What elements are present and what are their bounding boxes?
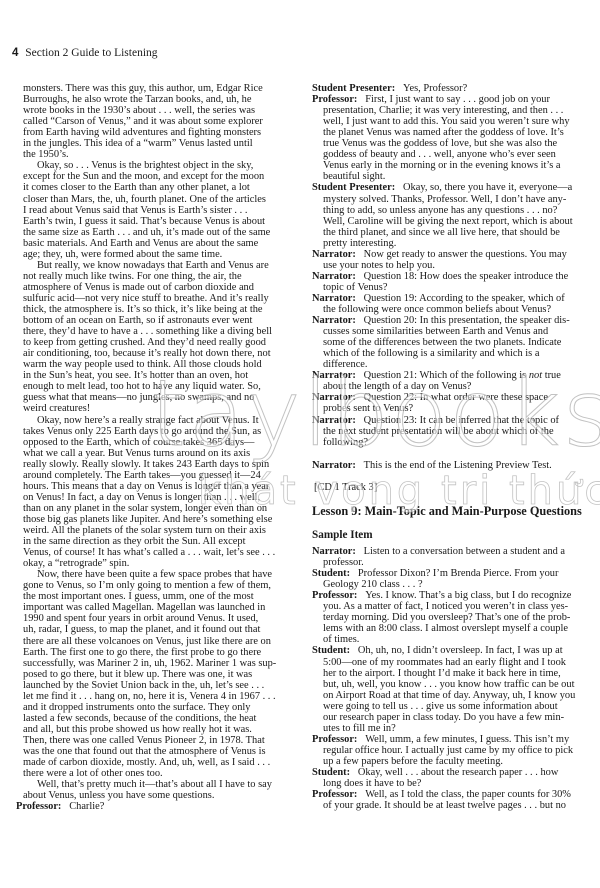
line-text: the next student presentation will be ab… xyxy=(323,426,554,437)
speaker-label: Professor: xyxy=(312,789,357,800)
line-text: the following were once common beliefs a… xyxy=(323,304,551,315)
line-text: terday morning. Did you oversleep? That’… xyxy=(323,612,570,623)
turn-text: Oh, uh, no, I didn’t oversleep. In fact,… xyxy=(350,645,562,656)
turn-continuation-line: but, uh, well, you know . . . you know h… xyxy=(323,679,574,690)
dialogue-turn: Professor: Yes. I know. That’s a big cla… xyxy=(312,590,571,601)
turn-continuation-line: presentation, Charlie; it was very inter… xyxy=(323,105,563,116)
body-text-line: let me find it . . . hang on, no, here i… xyxy=(23,691,276,702)
turn-text: Now get ready to answer the questions. Y… xyxy=(356,249,567,260)
turn-continuation-line: the planet Venus was named after the god… xyxy=(323,127,564,138)
turn-continuation-line: lems with an 8:00 class. I almost oversl… xyxy=(323,623,568,634)
body-text-line: Earth. The first one to go there, the fi… xyxy=(23,647,261,658)
dialogue-turn: Student: Oh, uh, no, I didn’t oversleep.… xyxy=(312,645,563,656)
turn-text: Charlie? xyxy=(61,801,104,812)
line-text: well, I just want to add this. You said … xyxy=(323,116,570,127)
line-text: But really, we know nowadays that Earth … xyxy=(37,260,269,271)
turn-continuation-line: of your grade. It should be at least twe… xyxy=(323,800,566,811)
speaker-label: Narrator: xyxy=(312,415,356,426)
track-marker: [CD 1 Track 3] xyxy=(314,482,377,493)
line-text: of your grade. It should be at least twe… xyxy=(323,800,566,811)
line-text: it comes closer to the Earth than any ot… xyxy=(23,182,250,193)
turn-continuation-line: of times. xyxy=(323,634,359,645)
dialogue-turn: Professor: First, I just want to say . .… xyxy=(312,94,550,105)
turn-text: Question 21: Which of the following is xyxy=(356,370,529,381)
line-text: Okay, now here’s a really strange fact a… xyxy=(37,415,259,426)
turn-continuation-line: Geology 210 class . . . ? xyxy=(323,579,423,590)
line-text: there, they’d have to have a . . . somet… xyxy=(23,326,272,337)
line-text: the most important ones. I guess, umm, o… xyxy=(23,591,254,602)
line-text: the same size as Earth . . . and uh, it’… xyxy=(23,227,270,238)
turn-continuation-line: mystery solved. Thanks, Professor. Well,… xyxy=(323,194,566,205)
dialogue-turn: Student Presenter: Yes, Professor? xyxy=(312,83,467,94)
speaker-label: Narrator: xyxy=(312,315,356,326)
line-text: important was called Magellan. Magellan … xyxy=(23,602,265,613)
line-text: her to the airport. I thought I’d make i… xyxy=(323,668,561,679)
body-text-line: hours. This means that a day on Venus is… xyxy=(23,481,269,492)
line-text: from Earth having wild adventures and fi… xyxy=(23,127,261,138)
line-text: thick, the atmosphere is. It’s so thick,… xyxy=(23,304,263,315)
line-text: I read about Venus said that Venus is Ea… xyxy=(23,205,247,216)
body-text-line: wrote books in the 1930’s about . . . we… xyxy=(23,105,255,116)
body-text-line: the 1950’s. xyxy=(23,149,69,160)
body-text-line: uh, radar, I guess, to map the planet, a… xyxy=(23,624,260,635)
turn-continuation-line: on Airport Road at that time of day. Any… xyxy=(323,690,575,701)
turn-continuation-line: professor. xyxy=(323,557,364,568)
line-text: thing to add, so unless anyone has any q… xyxy=(323,205,557,216)
turn-continuation-line: Well, Caroline will be giving the next r… xyxy=(323,216,573,227)
turn-text: Question 18: How does the speaker introd… xyxy=(356,271,568,282)
line-text: called “Carson of Venus,” and it was abo… xyxy=(23,116,263,127)
line-text: enough to melt lead, too hot to have any… xyxy=(23,381,261,392)
line-text: Well, Caroline will be giving the next r… xyxy=(323,216,573,227)
line-text: difference. xyxy=(323,359,368,370)
line-text: there were a lot of other ones too. xyxy=(23,768,163,779)
line-text: guess what that means—no jungles, no swa… xyxy=(23,392,254,403)
turn-text: Well, umm, a few minutes, I guess. This … xyxy=(357,734,569,745)
line-text: Earth’s twin, I guess it said. That’s be… xyxy=(23,216,265,227)
line-text: takes Venus only 225 Earth days to go ar… xyxy=(23,426,261,437)
speaker-label: Professor: xyxy=(312,734,357,745)
line-text: Burroughs, he also wrote the Tarzan book… xyxy=(23,94,252,105)
dialogue-turn: Narrator: Listen to a conversation betwe… xyxy=(312,546,565,557)
body-text-line: really slowly. Really slowly. It takes 2… xyxy=(23,459,269,470)
body-text-line: those big gas planets like Jupiter. And … xyxy=(23,514,272,525)
dialogue-turn: Narrator: Question 21: Which of the foll… xyxy=(312,370,561,381)
turn-continuation-line: the following were once common beliefs a… xyxy=(323,304,551,315)
turn-continuation-line: Venus early in the morning or in the eve… xyxy=(323,160,561,171)
turn-continuation-line: the third planet, and since we all live … xyxy=(323,227,560,238)
turn-continuation-line: some of the differences between the two … xyxy=(323,337,561,348)
turn-text: Listen to a conversation between a stude… xyxy=(356,546,565,557)
body-text-line: there were a lot of other ones too. xyxy=(23,768,163,779)
line-text: 5:00—one of my roommates had an early fl… xyxy=(323,657,566,668)
dialogue-turn: Narrator: Question 23: It can be inferre… xyxy=(312,415,559,426)
line-text: what we call a year. But Venus turns aro… xyxy=(23,448,250,459)
line-text: those big gas planets like Jupiter. And … xyxy=(23,514,272,525)
line-text: the third planet, and since we all live … xyxy=(323,227,560,238)
line-text: opposed to the Earth, which of course ta… xyxy=(23,437,254,448)
line-text: posed to go there, but it blew up. There… xyxy=(23,669,252,680)
line-text: Okay, so . . . Venus is the brightest ob… xyxy=(37,160,253,171)
turn-text: Question 19: According to the speaker, w… xyxy=(356,293,565,304)
body-text-line: not really much like twins. For one thin… xyxy=(23,271,242,282)
line-text: topic of Venus? xyxy=(323,282,387,293)
body-text-line: Earth’s twin, I guess it said. That’s be… xyxy=(23,216,265,227)
speaker-label: Student: xyxy=(312,568,350,579)
turn-continuation-line: true Venus was the goddess of love, but … xyxy=(323,138,557,149)
body-text-line: there are all these volcanoes on Venus, … xyxy=(23,636,271,647)
line-text: sulfuric acid—not very nice stuff to bre… xyxy=(23,293,269,304)
line-text: successfully, was Mariner 2 in, uh, 1962… xyxy=(23,658,276,669)
line-text: closer than Mars, the, uh, fourth planet… xyxy=(23,194,266,205)
body-text-line: Okay, so . . . Venus is the brightest ob… xyxy=(37,160,253,171)
body-text-line: around completely. The Earth takes—you g… xyxy=(23,470,261,481)
speaker-label: Student: xyxy=(312,645,350,656)
body-text-line: important was called Magellan. Magellan … xyxy=(23,602,265,613)
line-text: up a few papers before the faculty meeti… xyxy=(323,756,503,767)
line-text: Now, there have been quite a few space p… xyxy=(37,569,272,580)
line-text: gone to Venus, so I’m only going to ment… xyxy=(23,580,271,591)
line-text: hours. This means that a day on Venus is… xyxy=(23,481,269,492)
body-text-line: from Earth having wild adventures and fi… xyxy=(23,127,261,138)
line-text: Venus, of course! It has what’s called a… xyxy=(23,547,275,558)
line-text: use your notes to help you. xyxy=(323,260,435,271)
body-text-line: gone to Venus, so I’m only going to ment… xyxy=(23,580,271,591)
line-text: let me find it . . . hang on, no, here i… xyxy=(23,691,276,702)
line-text: air conditioning, too, because it’s real… xyxy=(23,348,271,359)
body-text-line: Now, there have been quite a few space p… xyxy=(37,569,272,580)
line-text: made of carbon dioxide, mostly. And, uh,… xyxy=(23,757,270,768)
turn-continuation-line: probes sent to Venus? xyxy=(323,403,413,414)
line-text: was the one that found out that the atmo… xyxy=(23,746,266,757)
dialogue-turn: Narrator: This is the end of the Listeni… xyxy=(312,460,552,471)
dialogue-turn: Professor: Well, as I told the class, th… xyxy=(312,789,571,800)
line-text: Then, there was one called Venus Pioneer… xyxy=(23,735,265,746)
turn-continuation-line: terday morning. Did you oversleep? That’… xyxy=(323,612,570,623)
body-text-line: on Venus! In fact, a day on Venus is lon… xyxy=(23,492,260,503)
lesson-heading: Lesson 9: Main-Topic and Main-Purpose Qu… xyxy=(312,506,582,517)
line-text: on Venus! In fact, a day on Venus is lon… xyxy=(23,492,260,503)
sample-item-heading: Sample Item xyxy=(312,530,373,541)
speaker-label: Narrator: xyxy=(312,293,356,304)
turn-text: Yes. I know. That’s a big class, but I d… xyxy=(357,590,571,601)
turn-continuation-line: pretty interesting. xyxy=(323,238,396,249)
speaker-label: Narrator: xyxy=(312,392,356,403)
speaker-label: Narrator: xyxy=(312,460,356,471)
line-text: there are all these volcanoes on Venus, … xyxy=(23,636,271,647)
dialogue-turn: Narrator: Now get ready to answer the qu… xyxy=(312,249,567,260)
turn-continuation-line: our research paper in class today. Do yo… xyxy=(323,712,564,723)
body-text-line: the most important ones. I guess, umm, o… xyxy=(23,591,254,602)
turn-continuation-line: her to the airport. I thought I’d make i… xyxy=(323,668,561,679)
line-text: really slowly. Really slowly. It takes 2… xyxy=(23,459,269,470)
body-text-line: made of carbon dioxide, mostly. And, uh,… xyxy=(23,757,270,768)
line-text: uh, radar, I guess, to map the planet, a… xyxy=(23,624,260,635)
turn-continuation-line: well, I just want to add this. You said … xyxy=(323,116,570,127)
cd-track-label: [CD 1 Track 3] xyxy=(314,482,377,493)
speaker-label: Student Presenter: xyxy=(312,83,395,94)
turn-continuation-line: the next student presentation will be ab… xyxy=(323,426,554,437)
turn-text: Professor Dixon? I’m Brenda Pierce. From… xyxy=(350,568,558,579)
turn-continuation-line: 5:00—one of my roommates had an early fl… xyxy=(323,657,566,668)
body-text-line: Well, that’s pretty much it—that’s about… xyxy=(37,779,272,790)
body-text-line: there, they’d have to have a . . . somet… xyxy=(23,326,272,337)
body-text-line: Then, there was one called Venus Pioneer… xyxy=(23,735,265,746)
emphasis-text: not xyxy=(529,370,542,381)
turn-continuation-line: which of the following is a similarity a… xyxy=(323,348,539,359)
dialogue-turn: Narrator: Question 20: In this presentat… xyxy=(312,315,570,326)
line-text: 1990 and spent four years in orbit aroun… xyxy=(23,613,258,624)
body-text-line: in the Sun’s heat, you see. It’s hotter … xyxy=(23,370,248,381)
turn-continuation-line: cusses some similarities between Earth a… xyxy=(323,326,548,337)
body-text-line: and all, but this probe showed us how re… xyxy=(23,724,252,735)
line-text: of times. xyxy=(323,634,359,645)
body-text-line: in the jungles. This idea of a “warm” Ve… xyxy=(23,138,253,149)
body-text-line: about Venus, unless you have some questi… xyxy=(23,790,214,801)
body-text-line: weird creatures! xyxy=(23,403,90,414)
line-text: launched by the Soviet Union back in the… xyxy=(23,680,264,691)
turn-continuation-line: about the length of a day on Venus? xyxy=(323,381,471,392)
dialogue-turn: Narrator: Question 18: How does the spea… xyxy=(312,271,568,282)
body-text-line: except for the Sun and the moon, and exc… xyxy=(23,171,264,182)
line-text: in the same direction as they orbit the … xyxy=(23,536,245,547)
page-number: 4 xyxy=(12,47,18,59)
line-text: atmosphere of Venus is made out of carbo… xyxy=(23,282,254,293)
line-text: regular office hour. I actually just cam… xyxy=(323,745,573,756)
body-text-line: okay, a “retrograde” spin. xyxy=(23,558,129,569)
body-text-line: to keep from getting crushed. And they’d… xyxy=(23,337,266,348)
line-text: not really much like twins. For one thin… xyxy=(23,271,242,282)
turn-text: This is the end of the Listening Preview… xyxy=(356,460,552,471)
turn-text: Question 22: In what order were these sp… xyxy=(356,392,548,403)
body-text-line: closer than Mars, the, uh, fourth planet… xyxy=(23,194,266,205)
body-text-line: atmosphere of Venus is made out of carbo… xyxy=(23,282,254,293)
turn-continuation-line: beautiful sight. xyxy=(323,171,385,182)
line-text: except for the Sun and the moon, and exc… xyxy=(23,171,264,182)
page-header: 4 Section 2 Guide to Listening xyxy=(12,47,158,59)
turn-text: Well, as I told the class, the paper cou… xyxy=(357,789,571,800)
turn-continuation-line: you. As a matter of fact, I noticed you … xyxy=(323,601,568,612)
turn-continuation-line: long does it have to be? xyxy=(323,778,421,789)
body-text-line: monsters. There was this guy, this autho… xyxy=(23,83,263,94)
line-text: you. As a matter of fact, I noticed you … xyxy=(323,601,568,612)
line-text: Well, that’s pretty much it—that’s about… xyxy=(37,779,272,790)
sample-title: Sample Item xyxy=(312,529,373,541)
line-text: okay, a “retrograde” spin. xyxy=(23,558,129,569)
line-text: true Venus was the goddess of love, but … xyxy=(323,138,557,149)
body-text-line: and it dropped instruments onto the surf… xyxy=(23,702,251,713)
body-text-line: thick, the atmosphere is. It’s so thick,… xyxy=(23,304,263,315)
body-text-line: I read about Venus said that Venus is Ea… xyxy=(23,205,247,216)
dialogue-turn: Student: Professor Dixon? I’m Brenda Pie… xyxy=(312,568,558,579)
speaker-label: Narrator: xyxy=(312,370,356,381)
line-text: cusses some similarities between Earth a… xyxy=(323,326,548,337)
speaker-label: Student: xyxy=(312,767,350,778)
line-text: in the Sun’s heat, you see. It’s hotter … xyxy=(23,370,248,381)
turn-continuation-line: goddess of beauty and . . . well, anyone… xyxy=(323,149,556,160)
line-text: on Airport Road at that time of day. Any… xyxy=(323,690,575,701)
body-text-line: bottom of an ocean on Earth, so if astro… xyxy=(23,315,252,326)
line-text: which of the following is a similarity a… xyxy=(323,348,539,359)
line-text: about Venus, unless you have some questi… xyxy=(23,790,214,801)
line-text: probes sent to Venus? xyxy=(323,403,413,414)
dialogue-turn: Professor: Charlie? xyxy=(16,801,104,812)
body-text-line: sulfuric acid—not very nice stuff to bre… xyxy=(23,293,269,304)
line-text: warm the way people used to think. All t… xyxy=(23,359,262,370)
turn-text: Yes, Professor? xyxy=(395,83,467,94)
line-text: monsters. There was this guy, this autho… xyxy=(23,83,263,94)
body-text-line: basic materials. And Earth and Venus are… xyxy=(23,238,258,249)
line-text: utes to fill me in? xyxy=(323,723,396,734)
turn-continuation-line: were going to tell us . . . give us some… xyxy=(323,701,558,712)
body-text-line: warm the way people used to think. All t… xyxy=(23,359,262,370)
body-text-line: takes Venus only 225 Earth days to go ar… xyxy=(23,426,261,437)
turn-continuation-line: up a few papers before the faculty meeti… xyxy=(323,756,503,767)
turn-continuation-line: following? xyxy=(323,437,368,448)
line-text: around completely. The Earth takes—you g… xyxy=(23,470,261,481)
line-text: about the length of a day on Venus? xyxy=(323,381,471,392)
body-text-line: was the one that found out that the atmo… xyxy=(23,746,266,757)
speaker-label: Professor: xyxy=(16,801,61,812)
body-text-line: Venus, of course! It has what’s called a… xyxy=(23,547,275,558)
line-text: professor. xyxy=(323,557,364,568)
turn-text: true xyxy=(542,370,561,381)
line-text: bottom of an ocean on Earth, so if astro… xyxy=(23,315,252,326)
turn-text: Okay, so, there you have it, everyone—a xyxy=(395,182,572,193)
line-text: and all, but this probe showed us how re… xyxy=(23,724,252,735)
body-text-line: enough to melt lead, too hot to have any… xyxy=(23,381,261,392)
turn-continuation-line: regular office hour. I actually just cam… xyxy=(323,745,573,756)
line-text: lems with an 8:00 class. I almost oversl… xyxy=(323,623,568,634)
dialogue-turn: Student: Okay, well . . . about the rese… xyxy=(312,767,558,778)
line-text: Venus early in the morning or in the eve… xyxy=(323,160,561,171)
turn-text: Okay, well . . . about the research pape… xyxy=(350,767,558,778)
body-text-line: launched by the Soviet Union back in the… xyxy=(23,680,264,691)
body-text-line: Burroughs, he also wrote the Tarzan book… xyxy=(23,94,252,105)
turn-text: First, I just want to say . . . good job… xyxy=(357,94,550,105)
body-text-line: Okay, now here’s a really strange fact a… xyxy=(37,415,259,426)
dialogue-turn: Professor: Well, umm, a few minutes, I g… xyxy=(312,734,569,745)
line-text: wrote books in the 1930’s about . . . we… xyxy=(23,105,255,116)
line-text: the 1950’s. xyxy=(23,149,69,160)
line-text: to keep from getting crushed. And they’d… xyxy=(23,337,266,348)
dialogue-turn: Narrator: Question 19: According to the … xyxy=(312,293,565,304)
line-text: some of the differences between the two … xyxy=(323,337,561,348)
line-text: pretty interesting. xyxy=(323,238,396,249)
lesson-title: Lesson 9: Main-Topic and Main-Purpose Qu… xyxy=(312,504,582,518)
line-text: but, uh, well, you know . . . you know h… xyxy=(323,679,574,690)
turn-continuation-line: use your notes to help you. xyxy=(323,260,435,271)
body-text-line: called “Carson of Venus,” and it was abo… xyxy=(23,116,263,127)
body-text-line: it comes closer to the Earth than any ot… xyxy=(23,182,250,193)
speaker-label: Narrator: xyxy=(312,249,356,260)
turn-text: Question 20: In this presentation, the s… xyxy=(356,315,570,326)
line-text: Geology 210 class . . . ? xyxy=(323,579,423,590)
line-text: basic materials. And Earth and Venus are… xyxy=(23,238,258,249)
body-text-line: opposed to the Earth, which of course ta… xyxy=(23,437,254,448)
speaker-label: Professor: xyxy=(312,94,357,105)
body-text-line: 1990 and spent four years in orbit aroun… xyxy=(23,613,258,624)
body-text-line: guess what that means—no jungles, no swa… xyxy=(23,392,254,403)
line-text: than on any planet in the solar system, … xyxy=(23,503,267,514)
line-text: the planet Venus was named after the god… xyxy=(323,127,564,138)
turn-continuation-line: topic of Venus? xyxy=(323,282,387,293)
line-text: lasted a few seconds, because of the con… xyxy=(23,713,256,724)
line-text: weird. All the planets of the solar syst… xyxy=(23,525,266,536)
turn-text: Question 23: It can be inferred that the… xyxy=(356,415,559,426)
line-text: Earth. The first one to go there, the fi… xyxy=(23,647,261,658)
line-text: our research paper in class today. Do yo… xyxy=(323,712,564,723)
dialogue-turn: Student Presenter: Okay, so, there you h… xyxy=(312,182,572,193)
body-text-line: weird. All the planets of the solar syst… xyxy=(23,525,266,536)
line-text: in the jungles. This idea of a “warm” Ve… xyxy=(23,138,253,149)
line-text: age; they, uh, were formed about the sam… xyxy=(23,249,222,260)
line-text: long does it have to be? xyxy=(323,778,421,789)
section-title: Section 2 Guide to Listening xyxy=(25,47,157,59)
turn-continuation-line: utes to fill me in? xyxy=(323,723,396,734)
speaker-label: Narrator: xyxy=(312,271,356,282)
line-text: following? xyxy=(323,437,368,448)
speaker-label: Narrator: xyxy=(312,546,356,557)
body-text-line: successfully, was Mariner 2 in, uh, 1962… xyxy=(23,658,276,669)
dialogue-turn: Narrator: Question 22: In what order wer… xyxy=(312,392,548,403)
body-text-line: than on any planet in the solar system, … xyxy=(23,503,267,514)
body-text-line: what we call a year. But Venus turns aro… xyxy=(23,448,250,459)
speaker-label: Student Presenter: xyxy=(312,182,395,193)
body-text-line: lasted a few seconds, because of the con… xyxy=(23,713,256,724)
speaker-label: Professor: xyxy=(312,590,357,601)
line-text: goddess of beauty and . . . well, anyone… xyxy=(323,149,556,160)
turn-continuation-line: difference. xyxy=(323,359,368,370)
line-text: were going to tell us . . . give us some… xyxy=(323,701,558,712)
turn-continuation-line: thing to add, so unless anyone has any q… xyxy=(323,205,557,216)
line-text: and it dropped instruments onto the surf… xyxy=(23,702,251,713)
line-text: weird creatures! xyxy=(23,403,90,414)
body-text-line: age; they, uh, were formed about the sam… xyxy=(23,249,222,260)
body-text-line: posed to go there, but it blew up. There… xyxy=(23,669,252,680)
body-text-line: air conditioning, too, because it’s real… xyxy=(23,348,271,359)
line-text: presentation, Charlie; it was very inter… xyxy=(323,105,563,116)
body-text-line: in the same direction as they orbit the … xyxy=(23,536,245,547)
line-text: beautiful sight. xyxy=(323,171,385,182)
line-text: mystery solved. Thanks, Professor. Well,… xyxy=(323,194,566,205)
body-text-line: But really, we know nowadays that Earth … xyxy=(37,260,269,271)
body-text-line: the same size as Earth . . . and uh, it’… xyxy=(23,227,270,238)
